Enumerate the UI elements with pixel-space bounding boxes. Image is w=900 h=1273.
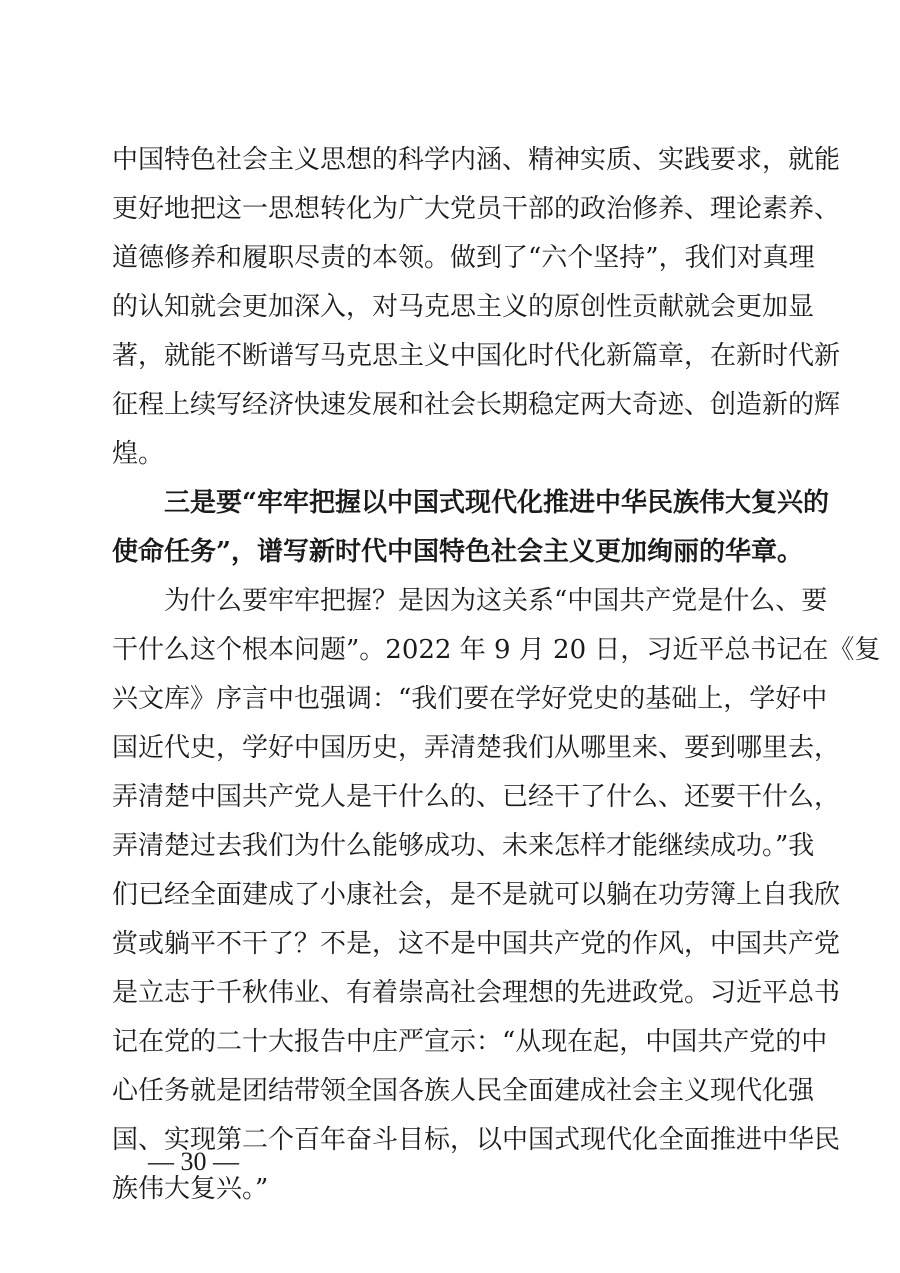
document-page: 中国特色社会主义思想的科学内涵、精神实质、实践要求，就能 更好地把这一思想转化为… — [112, 136, 788, 1214]
text-line: 更好地把这一思想转化为广大党员干部的政治修养、理论素养、 — [112, 185, 788, 234]
text-line: 是立志于千秋伟业、有着崇高社会理想的先进政党。习近平总书 — [112, 969, 788, 1018]
text-line: 为什么要牢牢把握？是因为这关系“中国共产党是什么、要 — [112, 577, 788, 626]
text-line: 道德修养和履职尽责的本领。做到了“六个坚持”，我们对真理 — [112, 234, 788, 283]
text-line: 干什么这个根本问题”。2022 年 9 月 20 日，习近平总书记在《复 — [112, 626, 788, 675]
text-line: 记在党的二十大报告中庄严宣示：“从现在起，中国共产党的中 — [112, 1018, 788, 1067]
text-line: 三是要“牢牢把握以中国式现代化推进中华民族伟大复兴的 — [112, 479, 788, 528]
page-number: — 30 — — [148, 1147, 239, 1177]
text-line: 征程上续写经济快速发展和社会长期稳定两大奇迹、创造新的辉 — [112, 381, 788, 430]
text-line: 心任务就是团结带领全国各族人民全面建成社会主义现代化强 — [112, 1067, 788, 1116]
text-line: 兴文库》序言中也强调：“我们要在学好党史的基础上，学好中 — [112, 675, 788, 724]
paragraph-continuation: 中国特色社会主义思想的科学内涵、精神实质、实践要求，就能 更好地把这一思想转化为… — [112, 136, 788, 479]
section-heading-paragraph: 三是要“牢牢把握以中国式现代化推进中华民族伟大复兴的 使命任务”，谱写新时代中国… — [112, 479, 788, 577]
text-line: 国近代史，学好中国历史，弄清楚我们从哪里来、要到哪里去， — [112, 724, 788, 773]
text-line: 使命任务”，谱写新时代中国特色社会主义更加绚丽的华章。 — [112, 528, 788, 577]
text-line: 的认知就会更加深入，对马克思主义的原创性贡献就会更加显 — [112, 283, 788, 332]
text-line: 弄清楚过去我们为什么能够成功、未来怎样才能继续成功。”我 — [112, 822, 788, 871]
text-line: 中国特色社会主义思想的科学内涵、精神实质、实践要求，就能 — [112, 136, 788, 185]
text-line: 弄清楚中国共产党人是干什么的、已经干了什么、还要干什么， — [112, 773, 788, 822]
text-line: 赏或躺平不干了？不是，这不是中国共产党的作风，中国共产党 — [112, 920, 788, 969]
body-paragraph: 为什么要牢牢把握？是因为这关系“中国共产党是什么、要 干什么这个根本问题”。20… — [112, 577, 788, 1214]
text-line: 们已经全面建成了小康社会，是不是就可以躺在功劳簿上自我欣 — [112, 871, 788, 920]
text-line: 著，就能不断谱写马克思主义中国化时代化新篇章，在新时代新 — [112, 332, 788, 381]
text-line: 煌。 — [112, 430, 788, 479]
